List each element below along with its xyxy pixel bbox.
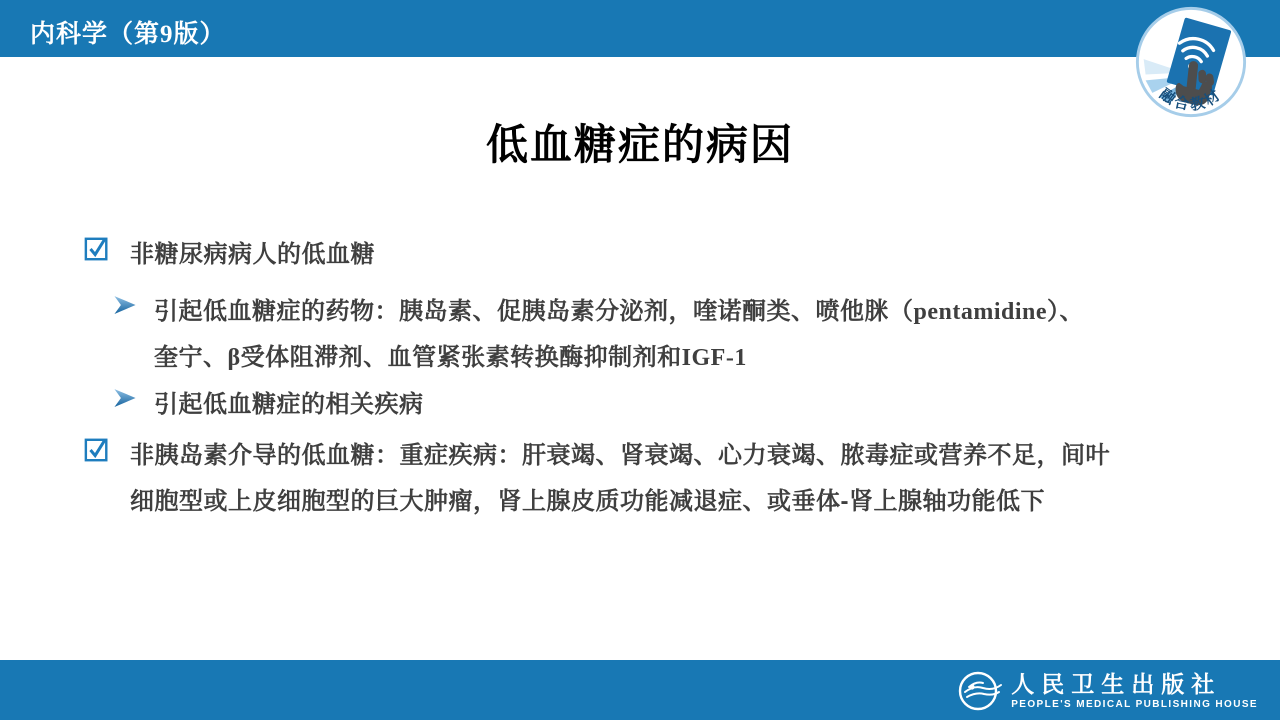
checkbox-bullet-icon: [84, 437, 110, 463]
sub-bullet-drugs-line1: 引起低血糖症的药物：胰岛素、促胰岛素分泌剂，喹诺酮类、喷他脒（pentamidi…: [154, 291, 1084, 326]
sub-bullet-drugs-line2: 奎宁、β受体阻滞剂、血管紧张素转换酶抑制剂和IGF-1: [154, 337, 747, 372]
book-title: 内科学（第9版）: [30, 14, 226, 50]
book-title-suffix: 版）: [174, 20, 226, 48]
arrow-bullet-icon: [112, 292, 138, 318]
arrow-bullet-icon: [112, 385, 138, 411]
checkbox-bullet-icon: [84, 236, 110, 262]
drugs-text-tail: ）、: [1047, 298, 1084, 325]
publisher-name-cn: 人民卫生出版社: [1011, 672, 1258, 698]
drugs2-cn1: 奎宁、: [154, 344, 228, 371]
drugs2-beta: β: [228, 345, 241, 371]
publisher-emblem-icon: [957, 668, 1003, 714]
drugs2-cn2: 受体阻滞剂、血管紧张素转换酶抑制剂和: [241, 344, 682, 371]
publisher-name: 人民卫生出版社 PEOPLE'S MEDICAL PUBLISHING HOUS…: [1011, 672, 1258, 711]
header-bar: 内科学（第9版）: [0, 0, 1280, 57]
drugs-text-cn: 引起低血糖症的药物：胰岛素、促胰岛素分泌剂，喹诺酮类、喷他脒（: [154, 298, 914, 325]
sub-bullet-diseases: 引起低血糖症的相关疾病: [154, 384, 424, 419]
drugs-text-en: pentamidine: [914, 299, 1048, 325]
slide: 内科学（第9版） 融合教材 低血糖症的病因: [0, 0, 1280, 720]
bullet-nondiabetic: 非糖尿病病人的低血糖: [130, 234, 375, 269]
book-title-prefix: 内科学（第: [30, 20, 160, 48]
bullet-noninsulin-line1: 非胰岛素介导的低血糖：重症疾病：肝衰竭、肾衰竭、心力衰竭、脓毒症或营养不足，间叶: [130, 435, 1110, 470]
page-title: 低血糖症的病因: [0, 112, 1280, 172]
integrated-textbook-badge-icon: 融合教材: [1134, 5, 1248, 119]
drugs2-en: IGF-1: [682, 345, 747, 371]
book-edition-number: 9: [160, 21, 174, 48]
bullet-noninsulin-line2: 细胞型或上皮细胞型的巨大肿瘤，肾上腺皮质功能减退症、或垂体-肾上腺轴功能低下: [130, 481, 1045, 516]
publisher-logo: 人民卫生出版社 PEOPLE'S MEDICAL PUBLISHING HOUS…: [957, 668, 1258, 714]
publisher-name-en: PEOPLE'S MEDICAL PUBLISHING HOUSE: [1011, 698, 1258, 711]
